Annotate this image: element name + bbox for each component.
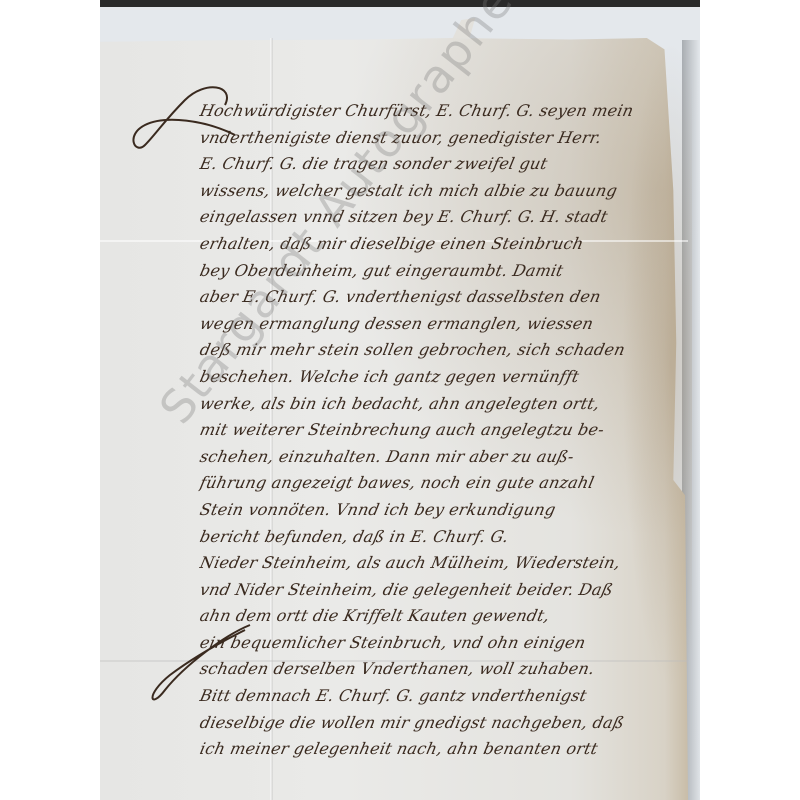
- letter-line: wissens, welcher gestalt ich mich albie …: [197, 178, 683, 205]
- letter-line: E. Churf. G. die tragen sonder zweifel g…: [197, 151, 683, 178]
- letter-line: vnd Nider Steinheim, die gelegenheit bei…: [197, 577, 683, 604]
- letter-line: schehen, einzuhalten. Dann mir aber zu a…: [197, 444, 683, 471]
- letter-line: schaden derselben Vnderthanen, woll zuha…: [197, 656, 683, 683]
- letter-line: eingelassen vnnd sitzen bey E. Churf. G.…: [197, 204, 683, 231]
- letter-line: ich meiner gelegenheit nach, ahn benante…: [197, 736, 683, 763]
- letter-line: ein bequemlicher Steinbruch, vnd ohn ein…: [197, 630, 683, 657]
- letter-line: dieselbige die wollen mir gnedigst nachg…: [197, 710, 683, 737]
- letter-line: bericht befunden, daß in E. Churf. G.: [197, 524, 683, 551]
- letter-line: Nieder Steinheim, als auch Mülheim, Wied…: [197, 550, 683, 577]
- letter-line: ahn dem ortt die Kriffelt Kauten gewendt…: [197, 603, 683, 630]
- letter-line: führung angezeigt bawes, noch ein gute a…: [197, 470, 683, 497]
- document-photo: Hochwürdigister Churfürst, E. Churf. G. …: [100, 0, 700, 800]
- letter-body: Hochwürdigister Churfürst, E. Churf. G. …: [200, 98, 680, 763]
- letter-line: deß mir mehr stein sollen gebrochen, sic…: [197, 337, 683, 364]
- letter-line: beschehen. Welche ich gantz gegen vernün…: [197, 364, 683, 391]
- letter-line: mit weiterer Steinbrechung auch angelegt…: [197, 417, 683, 444]
- letter-line: Bitt demnach E. Churf. G. gantz vnderthe…: [197, 683, 683, 710]
- letter-line: vnderthenigiste dienst zuuor, genedigist…: [197, 125, 683, 152]
- letter-line: Stein vonnöten. Vnnd ich bey erkundigung: [197, 497, 683, 524]
- letter-line: werke, als bin ich bedacht, ahn angelegt…: [197, 391, 683, 418]
- top-dark-strip: [100, 0, 700, 7]
